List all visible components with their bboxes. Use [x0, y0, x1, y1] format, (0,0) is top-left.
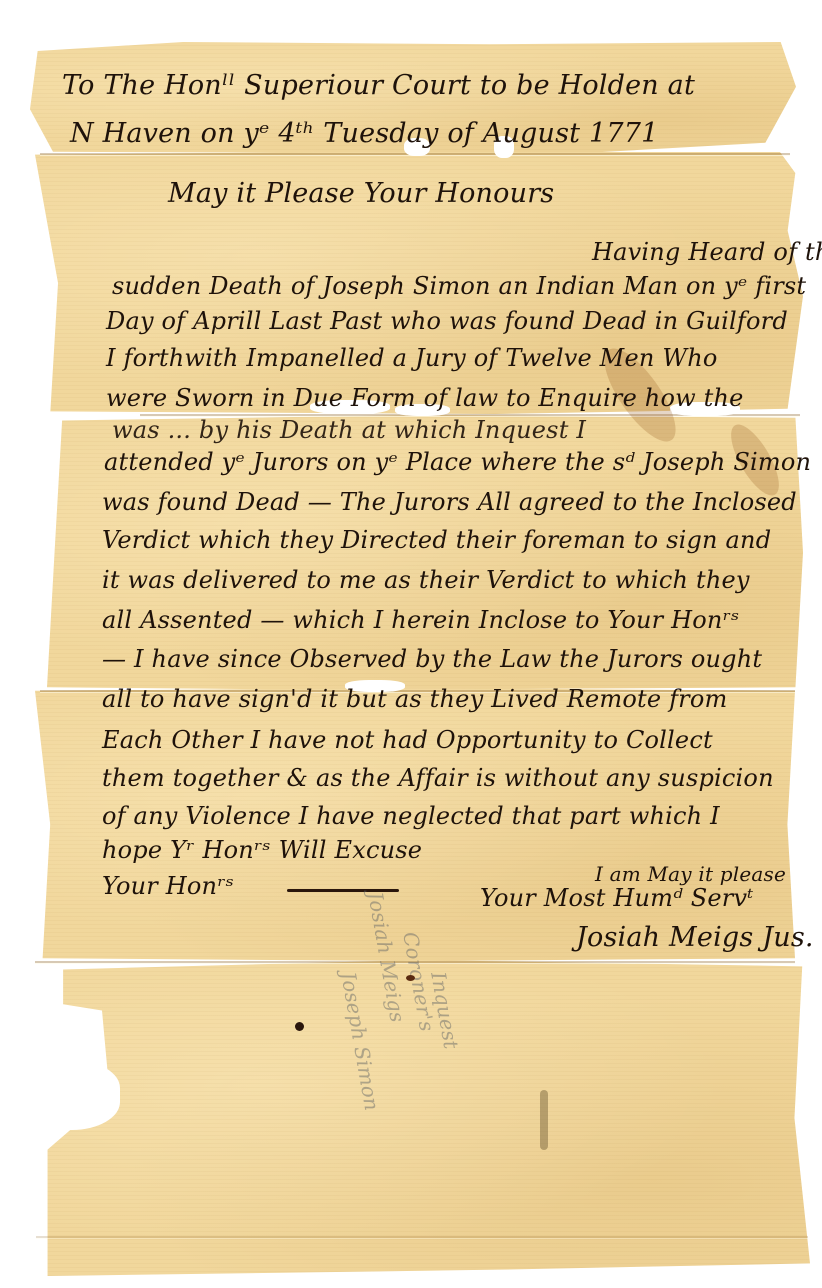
manuscript-text: To The Honˡˡ Superiour Court to be Holde… [0, 0, 822, 1288]
body-line: Having Heard of the [592, 238, 822, 266]
closing-left: Your Honʳˢ [102, 872, 234, 900]
body-line: was ... by his Death at which Inquest I [112, 416, 586, 444]
body-line: it was delivered to me as their Verdict … [102, 566, 750, 594]
body-line: of any Violence I have neglected that pa… [102, 802, 720, 830]
body-line: I forthwith Impanelled a Jury of Twelve … [106, 344, 718, 372]
body-line: attended yᵉ Jurors on yᵉ Place where the… [104, 448, 811, 476]
ink-blot [295, 1022, 304, 1031]
body-line: Verdict which they Directed their forema… [102, 526, 771, 554]
body-line: them together & as the Affair is without… [102, 764, 774, 792]
closing-line-1: I am May it please [595, 862, 786, 886]
body-line: were Sworn in Due Form of law to Enquire… [106, 384, 744, 412]
body-line: was found Dead — The Jurors All agreed t… [102, 488, 797, 516]
address-line-1: To The Honˡˡ Superiour Court to be Holde… [62, 70, 695, 101]
body-line: hope Yʳ Honʳˢ Will Excuse [102, 836, 422, 864]
body-line: Each Other I have not had Opportunity to… [102, 726, 713, 754]
address-line-2: N Haven on yᵉ 4ᵗʰ Tuesday of August 1771 [70, 118, 659, 149]
signature: Josiah Meigs Jus. [576, 922, 814, 953]
body-line: sudden Death of Joseph Simon an Indian M… [112, 272, 806, 300]
body-line: Day of Aprill Last Past who was found De… [106, 307, 788, 335]
ink-blot [406, 975, 415, 981]
closing-line-2: Your Most Humᵈ Servᵗ [480, 884, 753, 912]
body-line: all to have sign'd it but as they Lived … [102, 685, 727, 713]
body-line: — I have since Observed by the Law the J… [102, 645, 762, 673]
body-line: all Assented — which I herein Inclose to… [102, 606, 739, 634]
endorsement-text: Inquest [426, 970, 463, 1051]
endorsement-text: Joseph Simon [336, 970, 384, 1113]
salutation: May it Please Your Honours [168, 178, 554, 209]
